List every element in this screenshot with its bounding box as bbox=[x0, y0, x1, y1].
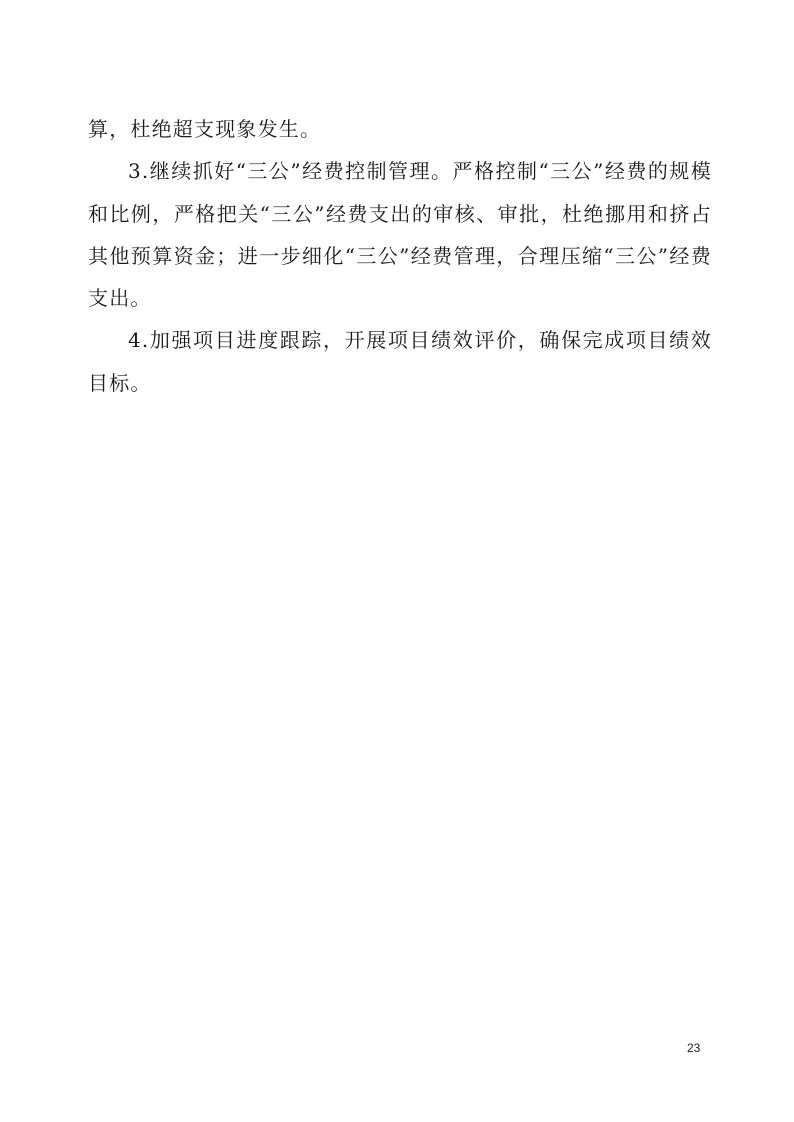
document-body: 算，杜绝超支现象发生。 3.继续抓好“三公”经费控制管理。严格控制“三公”经费的… bbox=[88, 108, 712, 404]
page-number: 23 bbox=[687, 1041, 700, 1055]
paragraph-item-3: 3.继续抓好“三公”经费控制管理。严格控制“三公”经费的规模和比例，严格把关“三… bbox=[88, 150, 712, 319]
paragraph-continuation: 算，杜绝超支现象发生。 bbox=[88, 108, 712, 150]
paragraph-item-4: 4.加强项目进度跟踪，开展项目绩效评价，确保完成项目绩效目标。 bbox=[88, 319, 712, 404]
